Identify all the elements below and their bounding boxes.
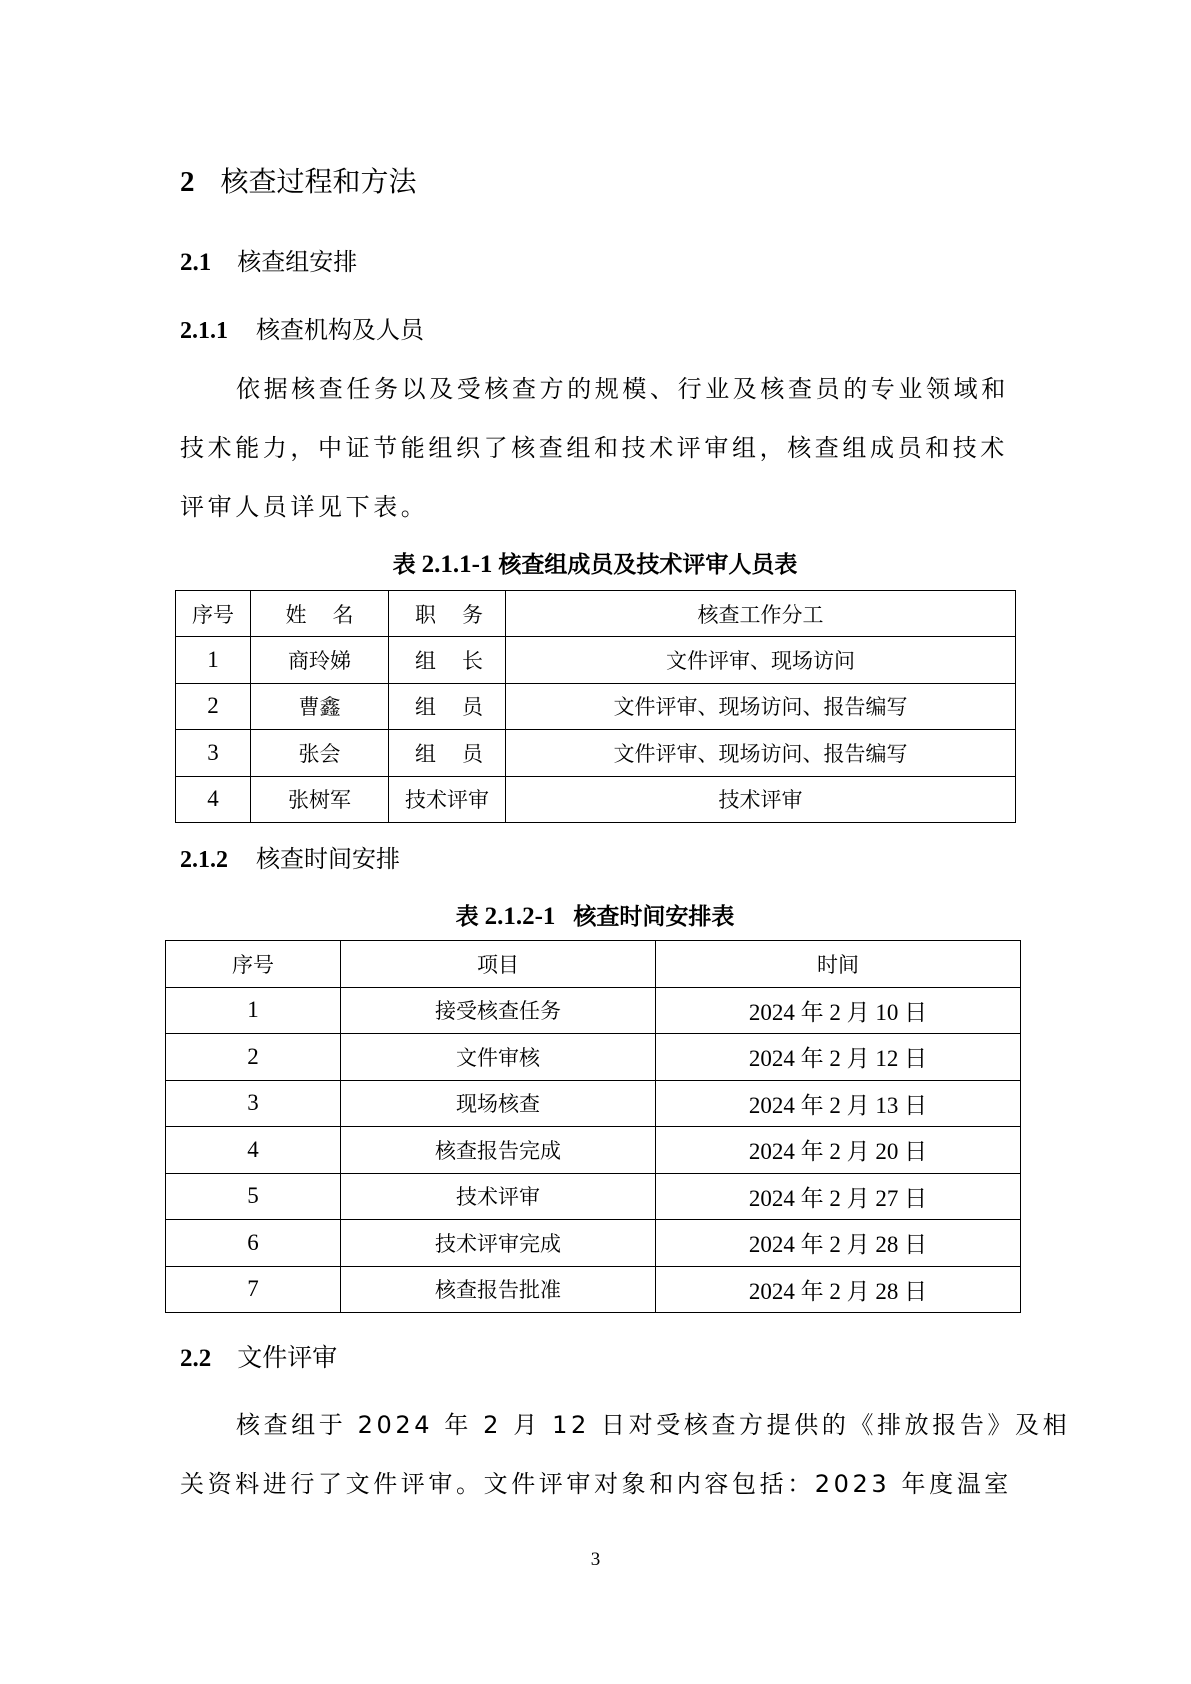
- header-no: 序号: [166, 941, 341, 988]
- table-header-row: 序号 姓名 职务 核查工作分工: [176, 591, 1016, 637]
- cell-date: 2024 年 2 月 20 日: [656, 1127, 1021, 1174]
- cell-duty: 文件评审、现场访问、报告编写: [506, 683, 1016, 729]
- table-row: 7 核查报告批准 2024 年 2 月 28 日: [166, 1266, 1021, 1313]
- caption-prefix: 表: [393, 552, 416, 578]
- table-row: 6 技术评审完成 2024 年 2 月 28 日: [166, 1220, 1021, 1267]
- cell-no: 3: [176, 730, 251, 776]
- cell-role: 组长: [389, 637, 506, 683]
- cell-date: 2024 年 2 月 28 日: [656, 1266, 1021, 1313]
- paragraph-team-intro: 依据核查任务以及受核查方的规模、行业及核查员的专业领域和 技术能力，中证节能组织…: [180, 360, 1008, 537]
- section-number: 2.1: [180, 249, 211, 276]
- table-row: 5 技术评审 2024 年 2 月 27 日: [166, 1173, 1021, 1220]
- table-row: 3 现场核查 2024 年 2 月 13 日: [166, 1080, 1021, 1127]
- section-title: 核查过程和方法: [221, 165, 417, 198]
- cell-date: 2024 年 2 月 12 日: [656, 1034, 1021, 1081]
- table-row: 3 张会 组员 文件评审、现场访问、报告编写: [176, 730, 1016, 776]
- cell-name: 曹鑫: [251, 683, 389, 729]
- cell-duty: 技术评审: [506, 776, 1016, 822]
- header-role: 职务: [389, 591, 506, 637]
- cell-no: 7: [166, 1266, 341, 1313]
- paragraph-line: 评审人员详见下表。: [180, 478, 1008, 537]
- table-row: 4 张树军 技术评审 技术评审: [176, 776, 1016, 822]
- section-title: 核查机构及人员: [256, 316, 424, 344]
- header-no: 序号: [176, 591, 251, 637]
- cell-no: 3: [166, 1080, 341, 1127]
- cell-no: 4: [176, 776, 251, 822]
- table-row: 2 曹鑫 组员 文件评审、现场访问、报告编写: [176, 683, 1016, 729]
- page-number: 3: [0, 1548, 1191, 1572]
- cell-item: 核查报告完成: [341, 1127, 656, 1174]
- section-number: 2: [180, 166, 195, 198]
- cell-duty: 文件评审、现场访问: [506, 637, 1016, 683]
- caption-prefix: 表: [456, 904, 479, 930]
- section-number: 2.1.2: [180, 847, 228, 873]
- cell-date: 2024 年 2 月 28 日: [656, 1220, 1021, 1267]
- schedule-table: 序号 项目 时间 1 接受核查任务 2024 年 2 月 10 日 2 文件审核…: [165, 940, 1021, 1313]
- cell-name: 张会: [251, 730, 389, 776]
- caption-title: 核查组成员及技术评审人员表: [498, 552, 797, 578]
- cell-item: 技术评审完成: [341, 1220, 656, 1267]
- table-row: 1 接受核查任务 2024 年 2 月 10 日: [166, 987, 1021, 1034]
- section-title: 文件评审: [237, 1343, 337, 1372]
- section-number: 2.2: [180, 1345, 211, 1372]
- paragraph-line: 技术能力，中证节能组织了核查组和技术评审组，核查组成员和技术: [180, 419, 1008, 478]
- cell-date: 2024 年 2 月 10 日: [656, 987, 1021, 1034]
- cell-role: 组员: [389, 683, 506, 729]
- caption-number: 2.1.2-1: [485, 903, 556, 930]
- caption-title: 核查时间安排表: [573, 904, 734, 930]
- cell-no: 2: [166, 1034, 341, 1081]
- header-date: 时间: [656, 941, 1021, 988]
- cell-name: 张树军: [251, 776, 389, 822]
- cell-no: 5: [166, 1173, 341, 1220]
- cell-no: 1: [176, 637, 251, 683]
- paragraph-document-review: 核查组于 2024 年 2 月 12 日对受核查方提供的《排放报告》及相 关资料…: [180, 1396, 1008, 1514]
- paragraph-line: 关资料进行了文件评审。文件评审对象和内容包括：2023 年度温室: [180, 1455, 1008, 1514]
- section-heading-2: 2核查过程和方法: [180, 162, 417, 202]
- cell-date: 2024 年 2 月 13 日: [656, 1080, 1021, 1127]
- cell-role: 组员: [389, 730, 506, 776]
- section-heading-2-2: 2.2文件评审: [180, 1340, 337, 1377]
- table-row: 2 文件审核 2024 年 2 月 12 日: [166, 1034, 1021, 1081]
- table-row: 4 核查报告完成 2024 年 2 月 20 日: [166, 1127, 1021, 1174]
- table-header-row: 序号 项目 时间: [166, 941, 1021, 988]
- section-title: 核查组安排: [237, 248, 357, 276]
- cell-item: 接受核查任务: [341, 987, 656, 1034]
- section-heading-2-1-2: 2.1.2核查时间安排: [180, 842, 400, 877]
- header-item: 项目: [341, 941, 656, 988]
- header-name: 姓名: [251, 591, 389, 637]
- section-title: 核查时间安排: [256, 845, 400, 873]
- cell-item: 文件审核: [341, 1034, 656, 1081]
- cell-no: 6: [166, 1220, 341, 1267]
- team-members-table: 序号 姓名 职务 核查工作分工 1 商玲娣 组长 文件评审、现场访问 2 曹鑫 …: [175, 590, 1016, 823]
- cell-item: 技术评审: [341, 1173, 656, 1220]
- cell-no: 2: [176, 683, 251, 729]
- cell-no: 4: [166, 1127, 341, 1174]
- table-caption-2-1-2-1: 表 2.1.2-1 核查时间安排表: [170, 900, 1020, 934]
- cell-name: 商玲娣: [251, 637, 389, 683]
- caption-number: 2.1.1-1: [422, 551, 493, 578]
- cell-no: 1: [166, 987, 341, 1034]
- paragraph-line: 依据核查任务以及受核查方的规模、行业及核查员的专业领域和: [180, 360, 1008, 419]
- header-duty: 核查工作分工: [506, 591, 1016, 637]
- paragraph-line: 核查组于 2024 年 2 月 12 日对受核查方提供的《排放报告》及相: [180, 1396, 1008, 1455]
- section-number: 2.1.1: [180, 318, 228, 344]
- cell-role: 技术评审: [389, 776, 506, 822]
- cell-duty: 文件评审、现场访问、报告编写: [506, 730, 1016, 776]
- cell-item: 核查报告批准: [341, 1266, 656, 1313]
- section-heading-2-1-1: 2.1.1核查机构及人员: [180, 313, 424, 348]
- cell-date: 2024 年 2 月 27 日: [656, 1173, 1021, 1220]
- table-caption-2-1-1-1: 表 2.1.1-1 核查组成员及技术评审人员表: [170, 548, 1020, 582]
- cell-item: 现场核查: [341, 1080, 656, 1127]
- table-row: 1 商玲娣 组长 文件评审、现场访问: [176, 637, 1016, 683]
- section-heading-2-1: 2.1核查组安排: [180, 244, 357, 281]
